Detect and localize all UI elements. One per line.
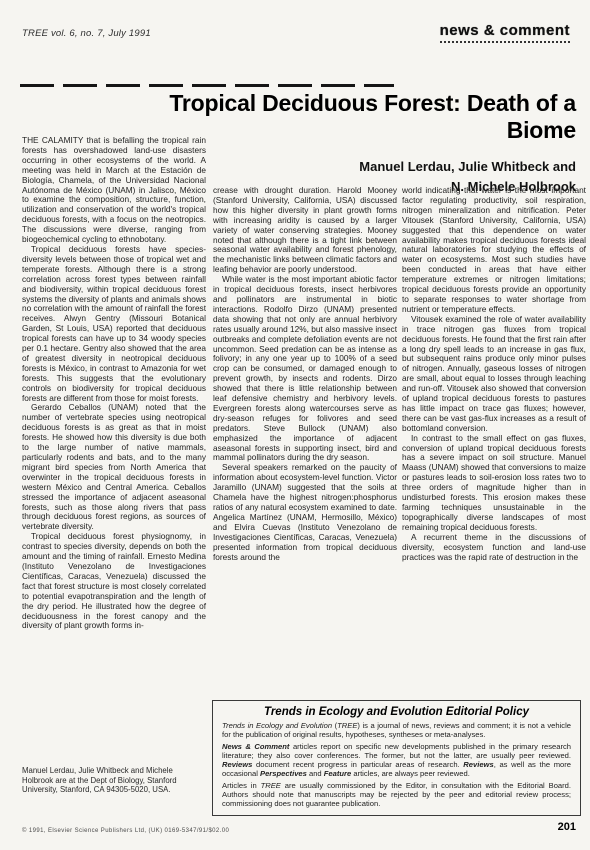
body-column-2: crease with drought duration. Harold Moo…: [213, 186, 397, 562]
paragraph: Trends in Ecology and Evolution (TREE) i…: [222, 721, 571, 740]
section-label-news-and-comment: news & comment: [440, 22, 570, 43]
text-segment: News & Comment: [222, 742, 289, 751]
paragraph: Gerardo Ceballos (UNAM) noted that the n…: [22, 403, 206, 532]
author-affiliation-footnote: Manuel Lerdau, Julie Whitbeck and Michel…: [22, 766, 206, 795]
paragraph: THE CALAMITY that is befalling the tropi…: [22, 136, 206, 245]
paragraph: Several speakers remarked on the paucity…: [213, 463, 397, 562]
body-column-3: world indicating that water is the most …: [402, 186, 586, 562]
body-column-1: THE CALAMITY that is befalling the tropi…: [22, 136, 206, 631]
text-segment: document recent progress in particular a…: [252, 760, 463, 769]
journal-reference: TREE vol. 6, no. 7, July 1991: [22, 28, 151, 39]
paragraph: crease with drought duration. Harold Moo…: [213, 186, 397, 275]
text-segment: Reviews: [463, 760, 493, 769]
text-segment: Articles in: [222, 781, 261, 790]
paragraph: Tropical deciduous forests have species-…: [22, 245, 206, 404]
editorial-policy-title: Trends in Ecology and Evolution Editoria…: [222, 706, 571, 718]
text-segment: TREE: [337, 721, 357, 730]
editorial-policy-box: Trends in Ecology and Evolution Editoria…: [212, 700, 581, 816]
paragraph: While water is the most important abioti…: [213, 275, 397, 463]
text-segment: Trends in Ecology and Evolution: [222, 721, 332, 730]
page-number: 201: [558, 821, 576, 833]
paragraph: A recurrent theme in the discussions of …: [402, 533, 586, 563]
text-segment: Feature: [324, 769, 351, 778]
text-segment: articles, are always peer reviewed.: [351, 769, 470, 778]
title-block: Tropical Deciduous Forest: Death of a Bi…: [150, 90, 576, 198]
editorial-policy-paragraphs: Trends in Ecology and Evolution (TREE) i…: [222, 721, 571, 809]
text-segment: Perspectives: [260, 769, 307, 778]
author-byline-line1: Manuel Lerdau, Julie Whitbeck and: [150, 157, 576, 177]
text-segment: Reviews: [222, 760, 252, 769]
text-segment: and: [307, 769, 324, 778]
paragraph: Tropical deciduous forest physiognomy, i…: [22, 532, 206, 631]
journal-page: TREE vol. 6, no. 7, July 1991 news & com…: [0, 0, 590, 850]
header-rule: [20, 84, 394, 87]
copyright-line: © 1991, Elsevier Science Publishers Ltd,…: [22, 828, 229, 834]
paragraph: Articles in TREE are usually commissione…: [222, 781, 571, 809]
text-segment: TREE: [261, 781, 281, 790]
paragraph: Vitousek examined the role of water avai…: [402, 315, 586, 434]
article-title: Tropical Deciduous Forest: Death of a Bi…: [150, 90, 576, 144]
paragraph: In contrast to the small effect on gas f…: [402, 434, 586, 533]
paragraph: News & Comment articles report on specif…: [222, 742, 571, 779]
paragraph: world indicating that water is the most …: [402, 186, 586, 315]
